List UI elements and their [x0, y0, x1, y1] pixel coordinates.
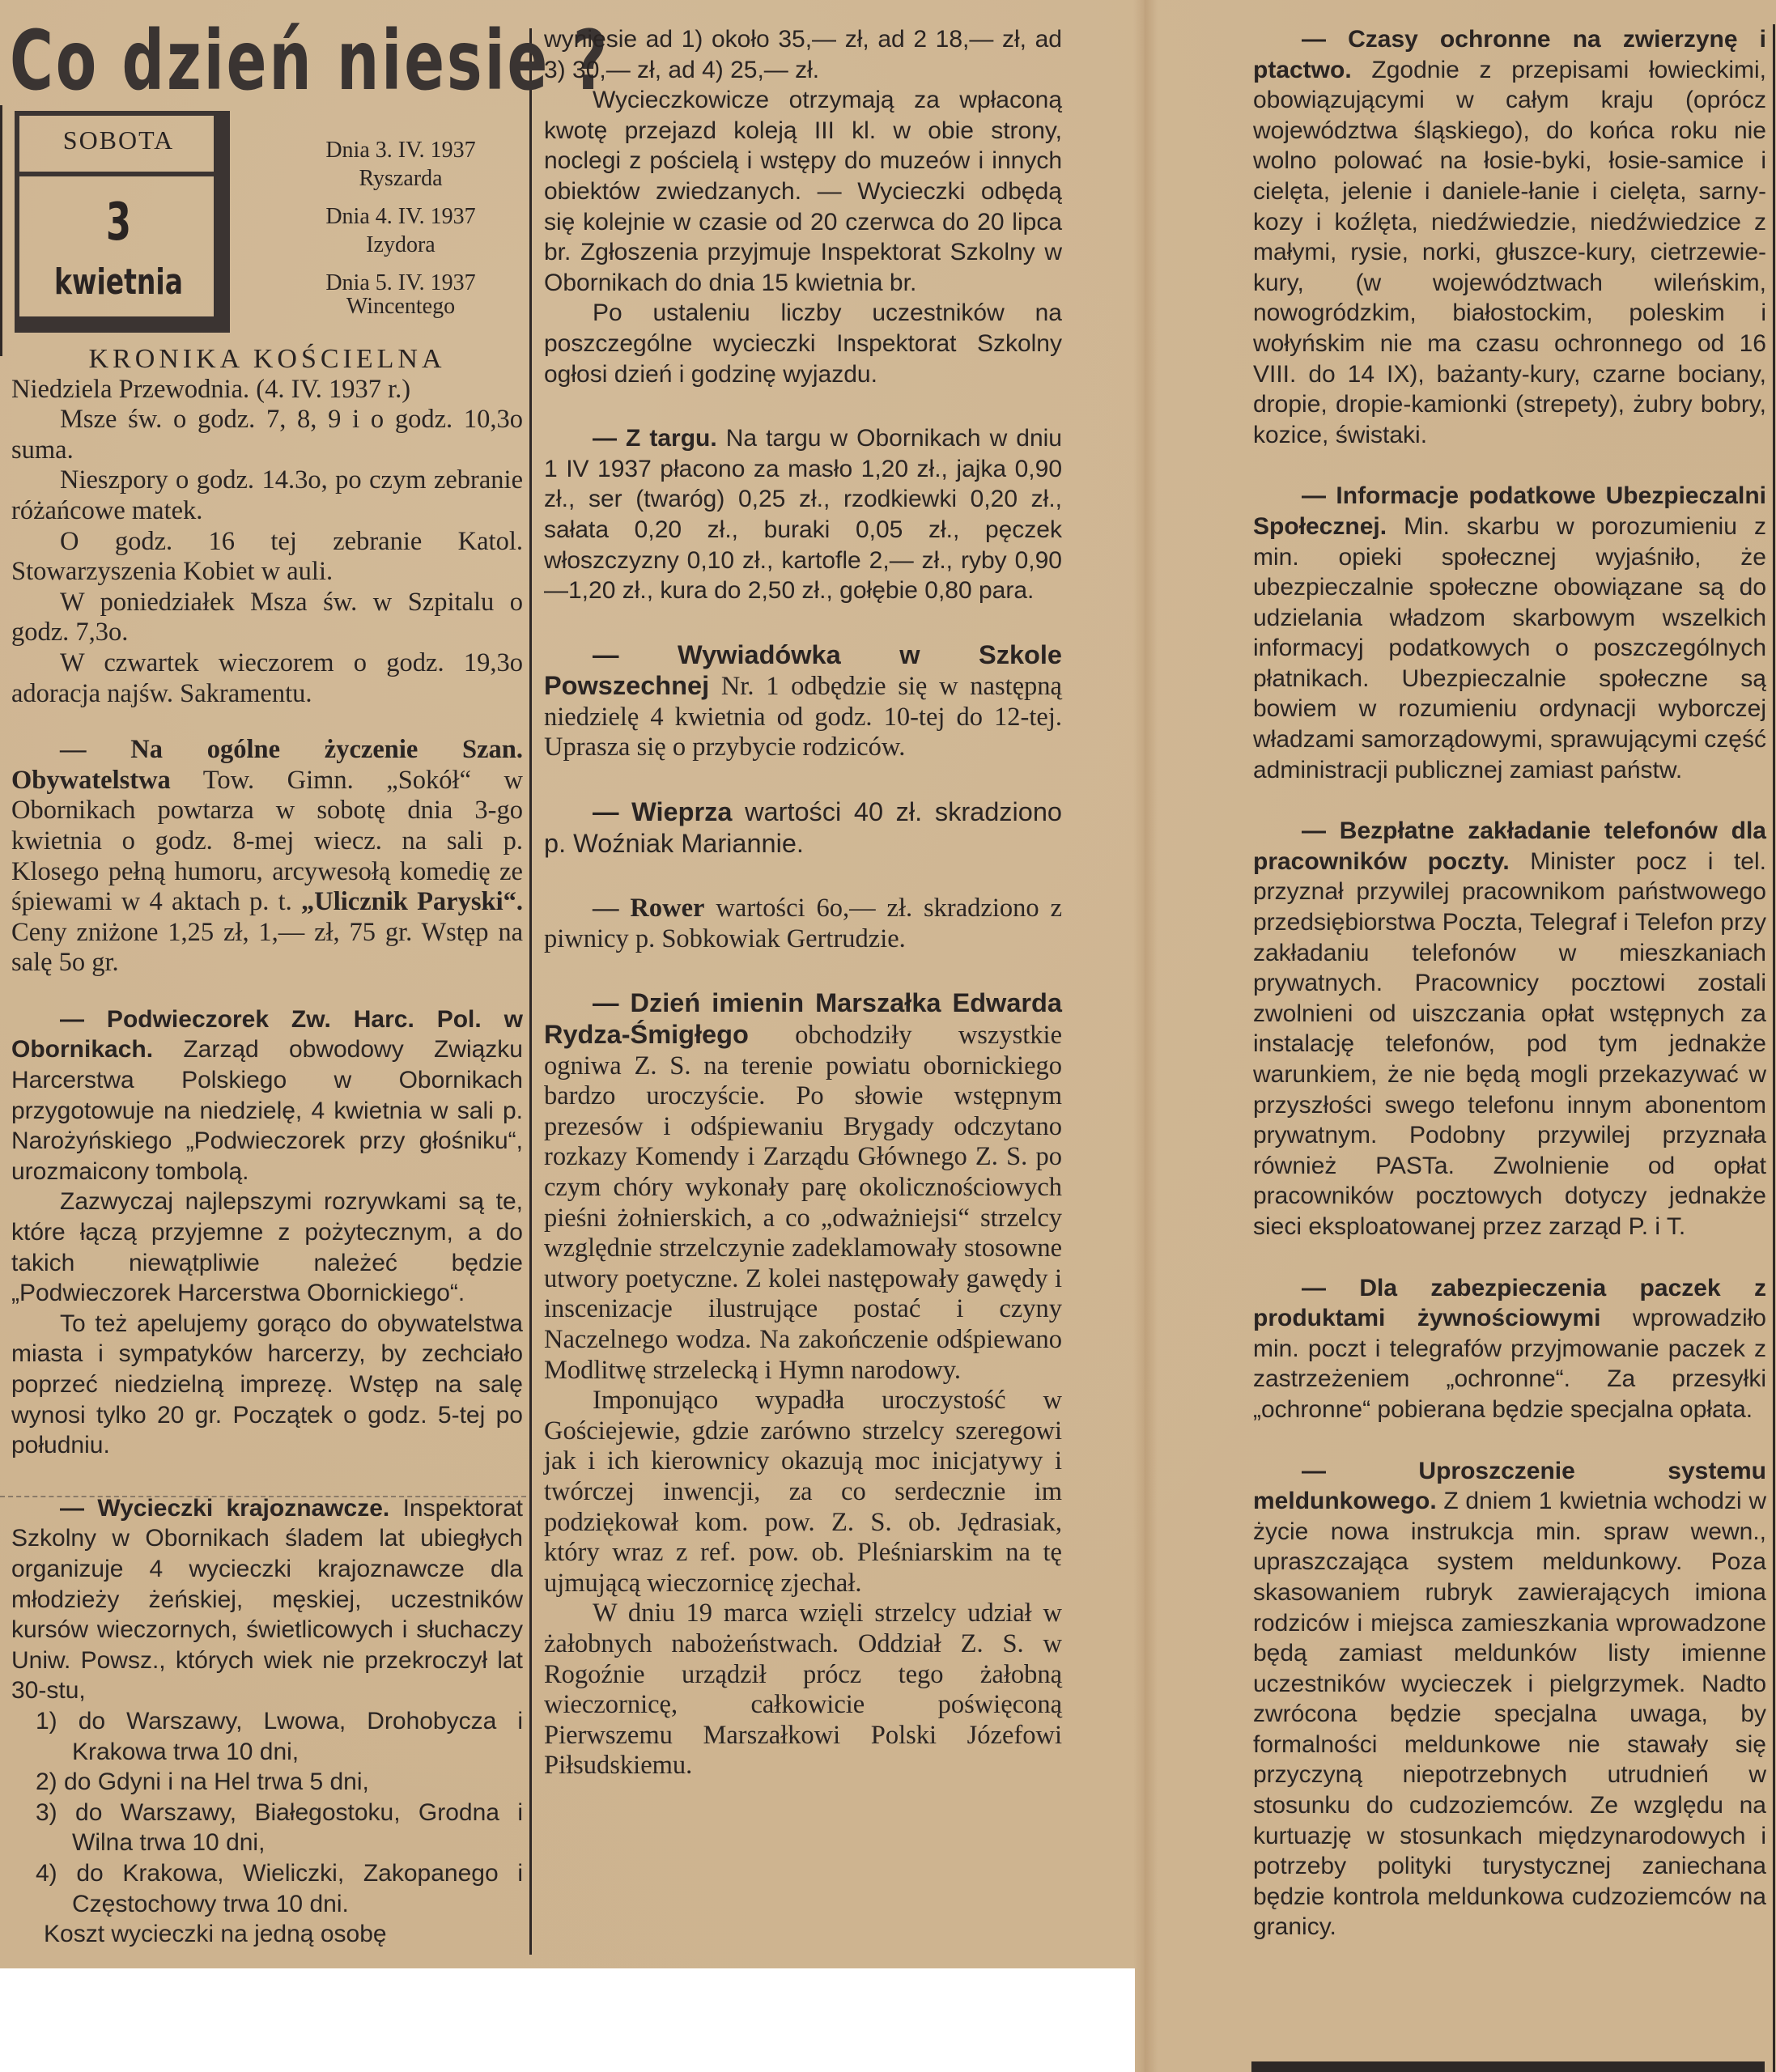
- article-body: Ceny zniżone 1,25 zł, 1,— zł, 75 gr. Wst…: [11, 918, 523, 978]
- article-wywiadowka: — Wywiadówka w Szkole Powszechnej Nr. 1 …: [544, 640, 1062, 763]
- article-body: Zgodnie z przepisami łowieckimi, obowiąz…: [1253, 57, 1766, 448]
- column-2: wyniesie ad 1) około 35,— zł, ad 2 18,— …: [544, 24, 1062, 1781]
- trip-item: 4) do Krakowa, Wieliczki, Zakopanego i C…: [11, 1858, 523, 1919]
- page-fold: [1133, 0, 1158, 2072]
- article-body: Z dniem 1 kwietnia wchodzi w życie nowa …: [1253, 1488, 1766, 1940]
- name-days: Dnia 3. IV. 1937 Ryszarda Dnia 4. IV. 19…: [279, 136, 522, 330]
- article-paragraph: wyniesie ad 1) około 35,— zł, ad 2 18,— …: [544, 24, 1062, 85]
- name-day-date: Dnia 3. IV. 1937: [279, 136, 522, 164]
- name-day-name: Wincentego: [279, 292, 522, 321]
- kronika-line: Msze św. o godz. 7, 8, 9 i o godz. 10,3o…: [11, 405, 523, 465]
- left-edge-rule: [0, 105, 2, 356]
- article-czasy: — Czasy ochronne na zwierzynę i ptactwo.…: [1253, 24, 1766, 450]
- article-body: Min. skarbu w porozumieniu z min. opieki…: [1253, 513, 1766, 783]
- article-meldunki: — Uproszczenie systemu meldunkowego. Z d…: [1253, 1456, 1766, 1943]
- article-podatki: — Informacje podatkowe Ubezpieczalni Spo…: [1253, 481, 1766, 785]
- trip-item: 1) do Warszawy, Lwowa, Drohobycza i Krak…: [11, 1706, 523, 1767]
- blank-scan-area: [0, 1968, 1135, 2072]
- article-body: Inspektorat Szkolny w Obornikach śladem …: [11, 1495, 523, 1705]
- article-wieprz: — Wieprza wartości 40 zł. skradziono p. …: [544, 797, 1062, 860]
- article-sokol: — Na ogólne życzenie Szan. Obywatelstwa …: [11, 735, 523, 979]
- calendar-box: SOBOTA 3 kwietnia: [11, 108, 230, 328]
- calendar-divider: [19, 172, 215, 176]
- article-targ: — Z targu. Na targu w Obornikach w dniu …: [544, 423, 1062, 606]
- kronika-line: W poniedziałek Msza św. w Szpitalu o god…: [11, 588, 523, 648]
- bottom-black-bar: [1251, 2061, 1765, 2072]
- article-paragraph: W dniu 19 marca wzięli strzelcy udział w…: [544, 1599, 1062, 1781]
- article-paragraph: To też apelujemy gorąco do obywatelstwa …: [11, 1309, 523, 1461]
- article-paczki: — Dla zabezpieczenia paczek z produktami…: [1253, 1273, 1766, 1425]
- trip-list: 1) do Warszawy, Lwowa, Drohobycza i Krak…: [11, 1706, 523, 1919]
- name-day-name: Ryszarda: [279, 164, 522, 193]
- column-1: KRONIKA KOŚCIELNA Niedziela Przewodnia. …: [11, 344, 523, 1950]
- calendar-day-number: 3: [49, 193, 189, 253]
- column-3: — Czasy ochronne na zwierzynę i ptactwo.…: [1253, 24, 1766, 1942]
- article-paragraph: Zazwyczaj najlepszymi rozrywkami są te, …: [11, 1187, 523, 1308]
- trip-item: 3) do Warszawy, Białegostoku, Grodna i W…: [11, 1798, 523, 1858]
- article-rower: — Rower wartości 6o,— zł. skradziono z p…: [544, 894, 1062, 954]
- calendar-month: kwietnia: [45, 261, 193, 303]
- kronika-heading: KRONIKA KOŚCIELNA: [11, 344, 523, 375]
- play-title: „Ulicznik Paryski“.: [301, 887, 523, 916]
- right-edge-rule: [1773, 24, 1775, 2072]
- article-heading: — Z targu.: [593, 425, 717, 452]
- column-divider-1: [529, 28, 532, 1955]
- calendar-weekday: SOBOTA: [19, 125, 218, 155]
- kronika-line: Niedziela Przewodnia. (4. IV. 1937 r.): [11, 375, 523, 405]
- kronika-line: Nieszpory o godz. 14.3o, po czym zebrani…: [11, 465, 523, 526]
- article-imieniny: — Dzień imienin Marszałka Edwarda Rydza-…: [544, 988, 1062, 1386]
- article-heading: — Rower: [593, 894, 704, 923]
- article-body: Na targu w Obornikach w dniu 1 IV 1937 p…: [544, 425, 1062, 604]
- article-heading: — Wycieczki krajoznawcze.: [60, 1495, 389, 1522]
- name-day-name: Izydora: [279, 231, 522, 259]
- kronika-line: O godz. 16 tej zebranie Katol. Stowarzys…: [11, 527, 523, 588]
- name-day-date: Dnia 4. IV. 1937: [279, 202, 522, 231]
- trip-item: 2) do Gdyni i na Hel trwa 5 dni,: [11, 1767, 523, 1798]
- section-title: Co dzień niesie ?: [10, 21, 383, 102]
- kronika-line: W czwartek wieczorem o godz. 19,3o adora…: [11, 648, 523, 709]
- article-paragraph: Po ustaleniu liczby uczestników na poszc…: [544, 298, 1062, 389]
- article-telefony: — Bezpłatne zakładanie telefonów dla pra…: [1253, 816, 1766, 1242]
- article-body: Minister pocz i tel. przyznał przywilej …: [1253, 848, 1766, 1240]
- article-heading: — Wieprza: [593, 797, 732, 826]
- article-wycieczki: — Wycieczki krajoznawcze. Inspektorat Sz…: [11, 1493, 523, 1706]
- article-paragraph: Koszt wycieczki na jedną osobę: [11, 1919, 523, 1950]
- article-podwieczorek: — Podwieczorek Zw. Harc. Pol. w Obornika…: [11, 1004, 523, 1187]
- article-paragraph: Imponująco wypadła uroczystość w Gościej…: [544, 1386, 1062, 1599]
- article-paragraph: Wycieczkowicze otrzymają za wpłaconą kwo…: [544, 85, 1062, 298]
- article-body: obchodziły wszystkie ogniwa Z. S. na ter…: [544, 1021, 1062, 1385]
